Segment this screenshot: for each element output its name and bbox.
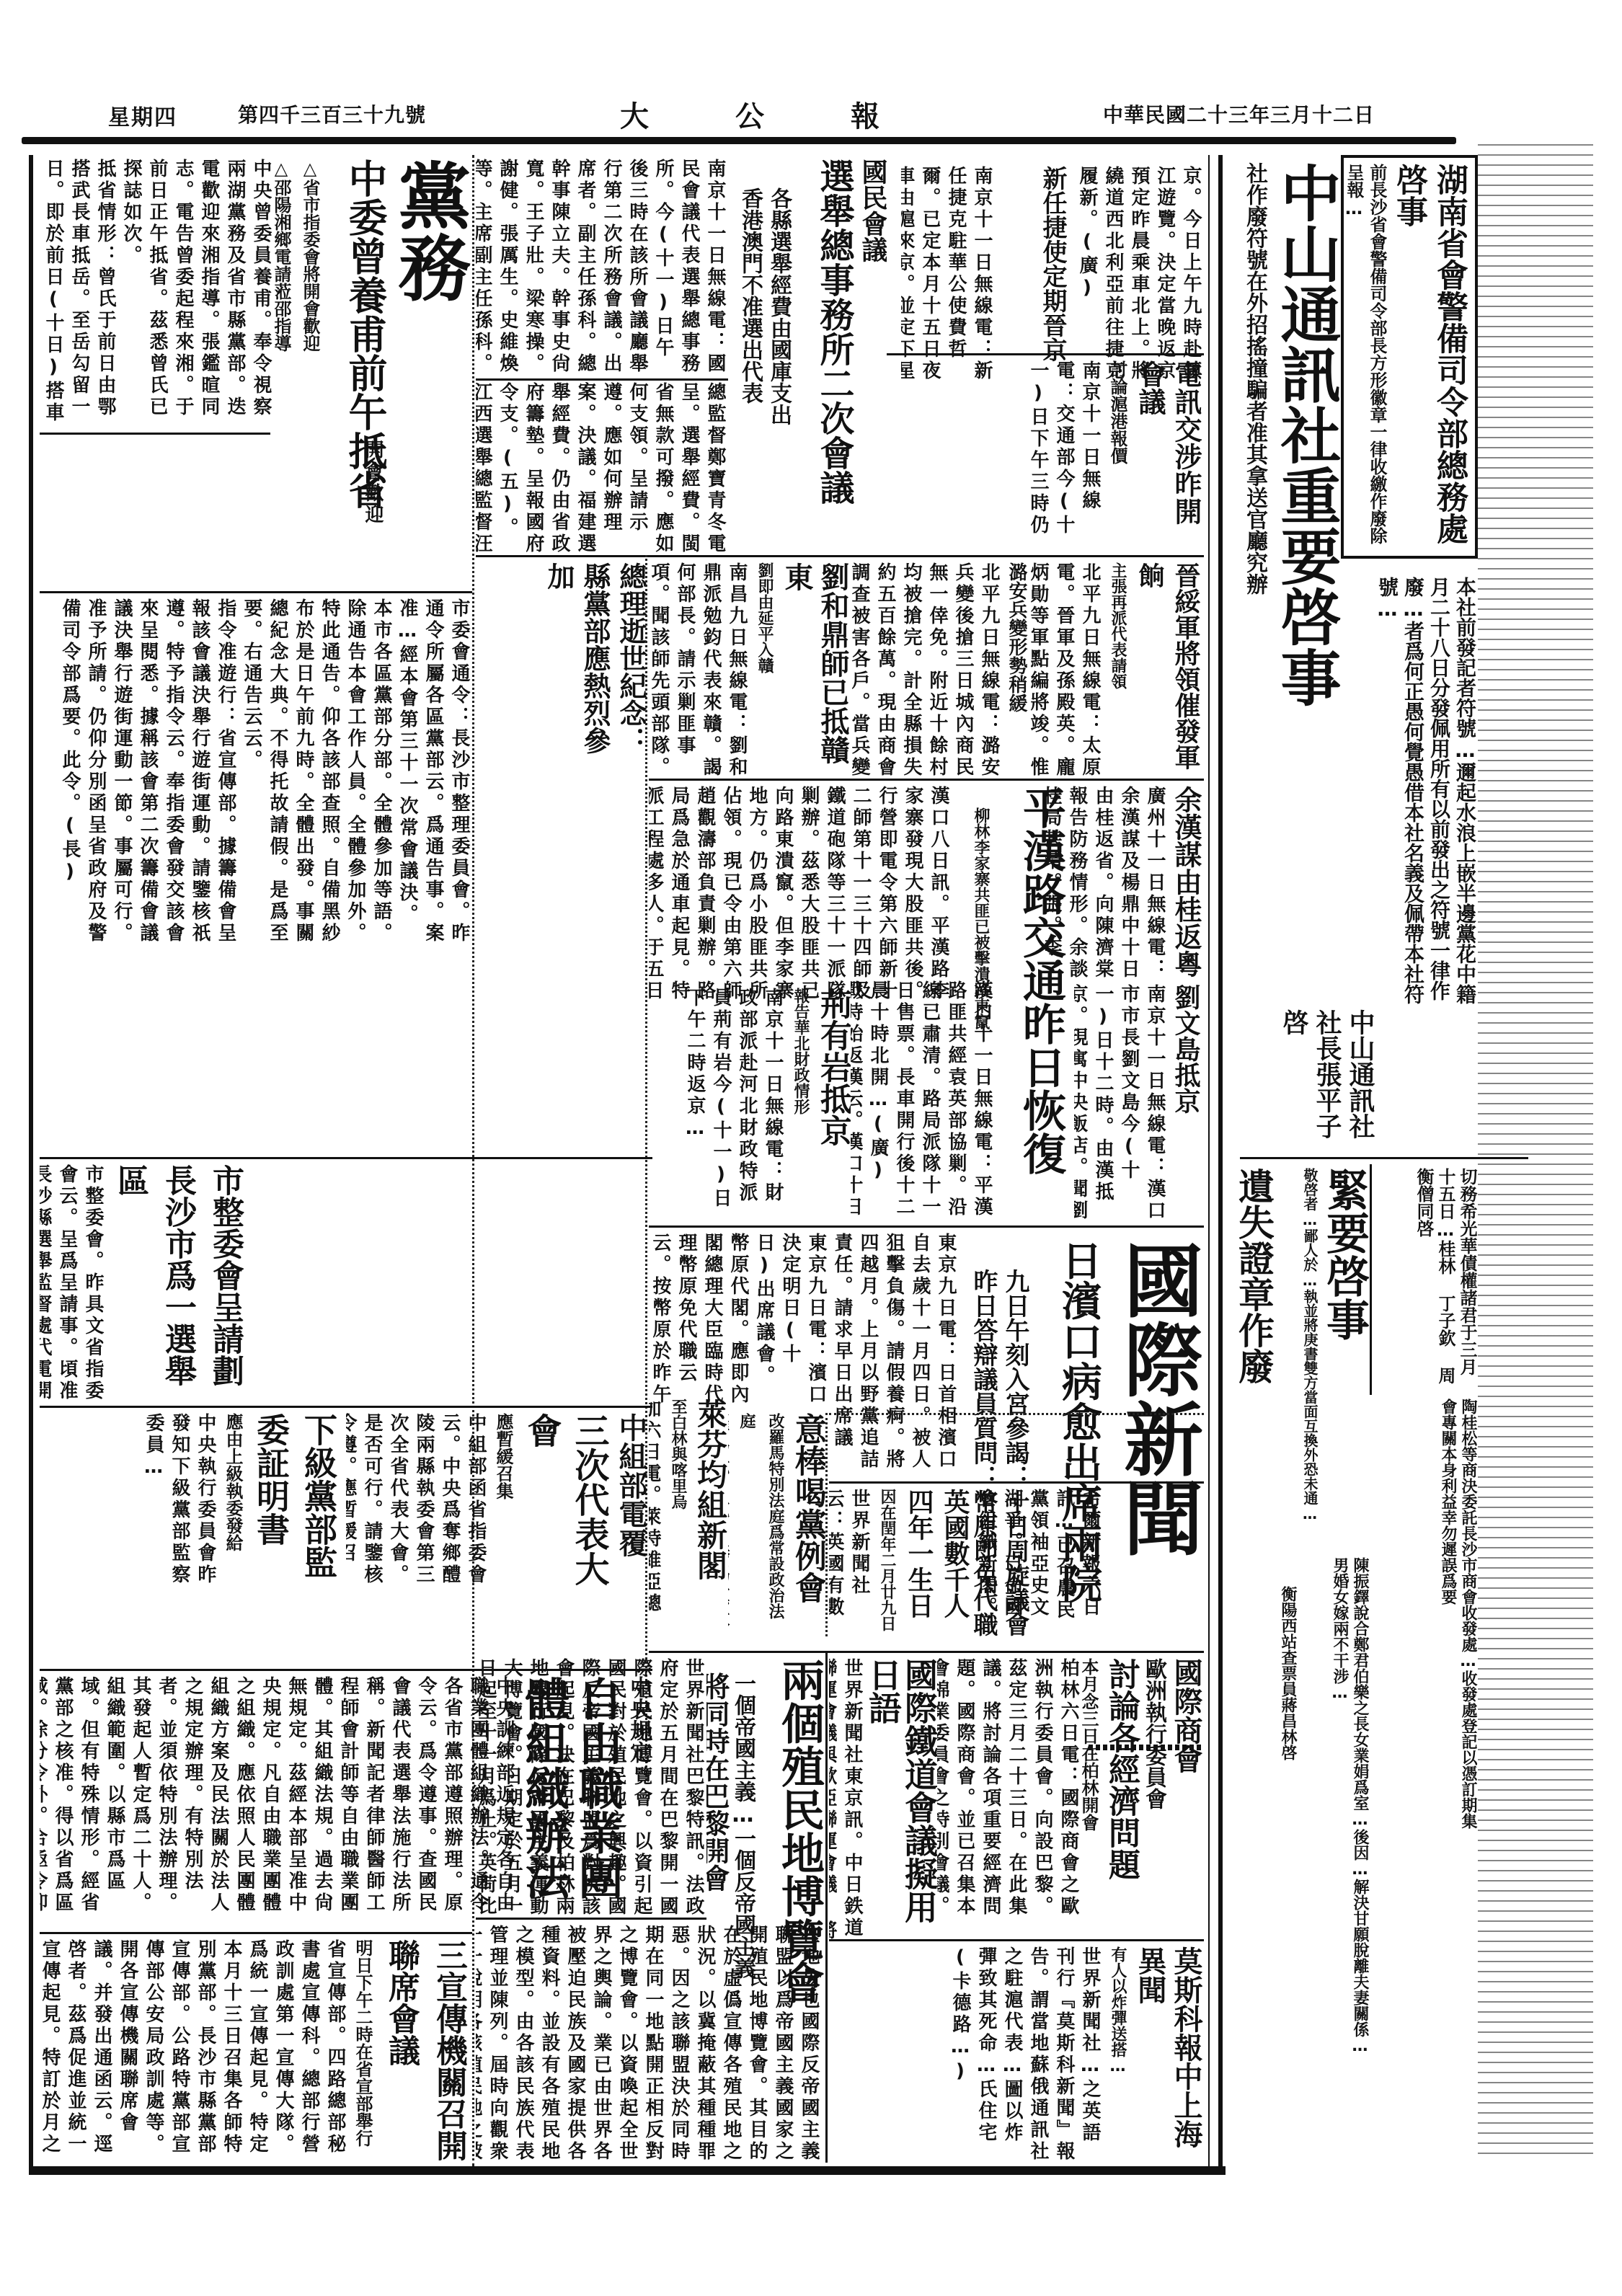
article-yu-hanmou: 余漢謀由桂返粵 廣州十一日無線電：余漢謀及楊鼎中十日由桂返省。向陳濟棠報告防務情… [1045,786,1204,980]
article-election-subheads: 各縣選舉經費由國庫支出 香港澳門不准選出代表 [728,187,793,548]
section-title-international: 國際新聞 [1110,1240,1204,1644]
ad-zhongshan-signature: 中山通訊社社長張平子啓 [1276,1009,1377,1153]
divider [1240,1157,1528,1159]
article-party-meeting: 開會歡迎 [40,440,386,584]
article-britain: 英國數千人四年一生日 因在閏年二月廿九日 世界新聞社云：英國有數千人已三十報載。… [829,1489,973,1633]
article-railway-body: 世界新聞社東京訊。中日鉄道聯運會議與歐亞聯運會議(將有歐亞二十七國代表與會)將分… [829,1658,865,1946]
article-colonial-body2: 在地故也國際反帝國主義聯盟以爲帝國主義國家之開殖民地博覽會。其目的在於虛僞宣傳各… [476,1925,822,2163]
divider [829,1939,1204,1941]
ad-body: 前長沙省會警備司令部長方形徽章一律收繳作廢除呈報… [1342,164,1388,550]
divider [476,555,1204,557]
article-party-body: 中央曾委員養甫。奉令視察兩湖黨務及省市縣黨部。迭電歡迎來湘指導。張鑑暄同志。電告… [40,159,274,425]
column-border-left [29,155,33,2166]
article-party-notices: 市委會通令：長沙市整理委員會。昨通令所屬各區黨部云。爲通告事。案准…經本會第三十… [40,598,472,944]
article-japan-envoy-body: 南京十一日無線電：新任捷克駐華公使費哲爾。已定本月十五日夜車由滬來京。並定下星期… [901,166,995,382]
weekday: 星期四 [108,99,177,131]
article-lai-fen: 萊芬均組新閣 至白林與喀里烏 加六日電。萊特維亞總統。 [649,1399,728,1615]
article-lu-an: 潞安兵變形勢稍緩 北平九日無線電：潞安兵變後搶三日城內商民無一倖免。附近十餘村均… [851,562,1031,779]
article-sun-memorial: 總理逝世紀念：縣黨部應熱烈參加 [476,562,649,779]
section-label-chamber: 國際商會 [1168,1658,1204,1982]
divider [649,779,1204,781]
divider [1370,1164,1372,1395]
article-pinghan-body: 漢口八日訊。平漢路李家寨發現大股匪共後。行營即電令第六師新十二師第十一三十四師及… [649,786,952,1002]
article-colonial-body: 世界新聞社巴黎特訊。法政府定於五月間在巴黎開一國際殖民地博覽會。以資引起國民對於… [476,1658,706,1918]
divider [649,1225,1204,1228]
article-liu-wendao: 劉文島抵京 南京十一日無線電：漢口市市長劉文島今(十一)日十二時。由漢抵京。現寓… [1074,984,1204,1222]
ad-urgent: 緊要啓事 敬啓者…鄙人於…執並將庚書雙方當面互換外恐未通… [1276,1168,1370,1600]
article-hamaguchi-body: 東京九日電：日首相濱口自去歲十一月四日。被人狙擊負傷。請假養痾。將四越月。上月以… [829,1233,959,1478]
divider [476,378,728,381]
divider [649,1651,1204,1653]
ad-merchants: 陶桂松等商決委託長沙市商會收發處…收發處登記以憑訂期集會專關本身利益幸勿遲誤爲要 [1370,1399,1478,1831]
ad-marriage: 陳振鐸說合鄭君伯樂之長女業娟爲室…後因…解決甘願脫離夫妻關係…男婚女嫁兩不干涉… [1298,1557,1370,2062]
divider [40,1157,652,1159]
article-japan-envoy-headline: 新任捷使定期晉京 [995,166,1067,368]
article-jing-you: 荊有岩抵京 報告華北財政情形 南京十一日無線電：財政部派赴河北財政特派員荊有岩今… [649,988,851,1218]
column-border-right-inner [1208,155,1210,2166]
article-telecom-title: 電訊交涉昨開會議 [1132,360,1204,548]
ad-zhongshan-title-block: 中山通訊社重要啓事 [1269,162,1341,739]
section-party-affairs: 黨務 [389,159,476,562]
divider [887,353,1204,355]
article-railway-headline: 國際鐵道會議擬用日語 中日鉄道與歐亞聯運兩會議 [865,1658,937,1932]
article-intl-chamber-body: 柏林六日電：國際商會之歐洲執行委員會。向設巴黎。茲定三月二十三日。在此集議。將討… [937,1658,1081,1932]
divider [476,1918,706,1920]
ad-urgent-signature: 衡陽西站查票員蔣昌林啓 [1226,1586,1298,1802]
article-changsha-election: 市整委會呈請劃長沙市爲一選舉區 市整委會。昨具文省指委會云。呈爲呈請事。頃准長沙… [40,1164,249,1402]
issue-number: 第四千三百三十九號 [238,99,426,128]
column-separator [825,1413,828,1636]
divider [829,1481,1204,1484]
article-supervisory: 下級黨部監委証明書 應由上級執委發給 中央執行委員會昨發知下級黨部監察委員… [40,1413,342,1586]
section-international: 國際新聞 [1103,1240,1204,1644]
ad-zhongshan-notice: 本社前發記者符號…邇起水浪上嵌半邊黨花中籍月二十八日分發佩用所有以前發出之符號一… [1370,577,1478,1009]
column-border-right [1218,155,1223,2166]
article-italy: 意棒喝黨例會 改羅馬特別法庭爲常設政治法庭 羅馬六日電：棒喝黨大會三月例會。今日… [728,1413,825,1629]
article-propaganda: 三宣傳機關召開聯席會議 明日下午二時在省宣部舉行 省宣傳部。四路總部秘書處宣傳科… [40,1939,472,2163]
article-moscow: 莫斯科報中上海異聞 有人以炸彈送搭… 世界新聞社…之英語刊行『莫斯科新聞』報告。… [829,1946,1204,2163]
masthead: 星期四 第四千三百三十九號 大公報 中華民國二十三年三月十二日 [22,94,1456,137]
article-hamaguchi-body2: 東京九日電：濱口決定明日(十日)出席議會。幣原代閣。應即內閣總理大臣臨時代理幣原… [649,1233,829,1406]
divider [40,591,472,593]
article-pinghan-update: 漢口十一日無線電：平漢路匪共經袁英部協剿。沿線已肅清。路局派隊十一日售票。長車開… [851,980,995,1218]
ad-guanghua: 切務希光華債權諸君于三月十五日…桂林 丁子欽 周衡僧同啓 [1370,1168,1478,1384]
article-hitler: 希爾新報六日訊…已召農民黨領袖亞史文湖爭。已命國會組織新閣。 [973,1489,1103,1633]
divider [40,433,270,435]
newspaper-title: 大公報 [620,94,966,135]
publication-date: 中華民國二十三年三月十二日 [1103,99,1375,128]
ad-zhongshan-title: 中山通訊社重要啓事 [1272,162,1341,739]
scan-noise-edge [1478,144,1593,2163]
ad-urgent-title: 緊要啓事 [1319,1168,1370,1600]
article-election-body: 南京十一日無線電：國民會議代表選舉總事務所。今(十一)日午後三時在該所會議廳舉行… [476,159,728,375]
ad-hunan-police: 湖南省會警備司令部總務處啓事 前長沙省會警備司令部長方形徽章一律收繳作廢除呈報… [1341,155,1478,559]
article-shanxi: 晉綏軍將領催發軍餉 主張再派代表請領 北平九日無線電：太原電。晉軍及孫殿英。龐炳… [1031,562,1204,779]
section-label: 國民會議 [858,159,887,548]
article-intl-chamber: 國際商會 歐洲執行委員會 討論各經濟問題 本月念三日在柏林開會 棉業特別會議同時… [1081,1658,1204,1982]
divider [40,1932,472,1934]
row-separator [829,1413,1204,1415]
article-telecom: 電訊交涉昨開會議 討論滬港報價 南京十一日無線電：交通部今(十一)日下午三時仍與… [1031,360,1204,548]
article-election-body2: 總監督鄭寶青冬電呈。選舉經費。閩省無款可撥。應如何支領。呈請示遵。應如何辦理案。… [476,382,728,555]
divider [40,1406,652,1408]
article-liu-heding: 劉和鼎師已抵贛東 劉即由延平入贛 南昌九日無線電：劉和鼎派勉鈞代表來贛。謁何部長… [649,562,851,779]
article-third-congress: 中組部電覆 三次代表大會 應暫緩召集 中組部函省指委會云。中央爲奪鄉醴陵兩縣執委… [346,1413,649,1586]
article-japan-envoy-body2: 京。今日上午九時赴鎮江遊覽。決定當晚返京預定昨晨乘車北上。將繞道西北利亞前往捷克… [1060,166,1204,382]
page-bottom-rule [29,2166,1226,2175]
ad-lost-badge: 遺失證章作廢 [1226,1168,1276,1499]
column-separator [645,555,647,1781]
wavy-rule [1089,1745,1204,1750]
masthead-rule [22,137,1456,144]
article-pinghan-headline: 平漢路交通昨日恢復 [995,786,1067,1218]
article-election-headline: 國民會議 選舉總事務所二次會議 [793,159,887,548]
ad-zhongshan-body: 社作廢符號在外招搖撞騙者准其拿送官廳究辦 [1226,162,1269,595]
section-title-party: 黨務 [389,159,476,562]
ad-title: 湖南省會警備司令部總務處啓事 [1388,164,1469,550]
column-separator [825,1651,828,2163]
